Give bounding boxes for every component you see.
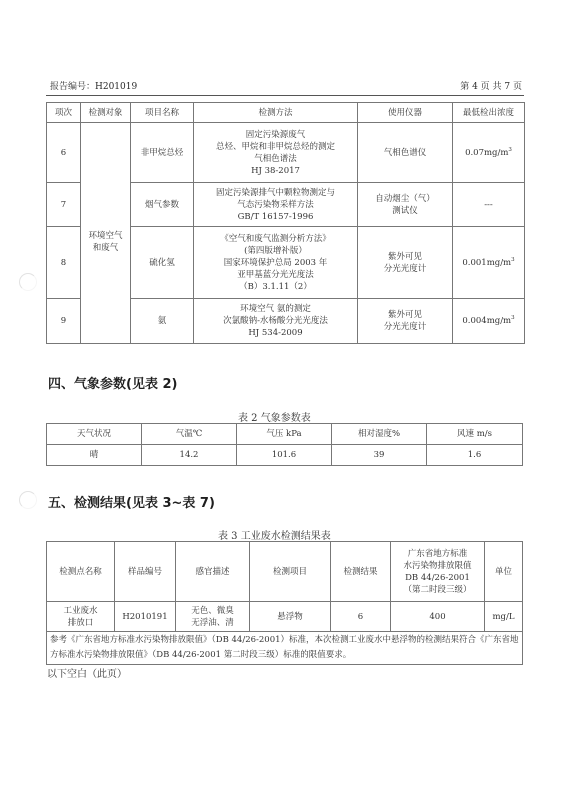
- item-name: 烟气参数: [131, 183, 194, 227]
- method-line: 固定污染源排气中颗粒物测定与: [194, 187, 357, 199]
- method-line: HJ 534-2009: [194, 327, 357, 339]
- limit-value: 0.07mg/m: [465, 148, 508, 158]
- temperature-value: 14.2: [142, 445, 237, 466]
- object-line: 和废气: [81, 242, 130, 254]
- limit-superscript: 3: [511, 257, 515, 263]
- test-result: 6: [331, 602, 391, 632]
- row-no: 6: [47, 123, 81, 183]
- table-header-row: 检测点名称 样品编号 感官描述 检测项目 检测结果 广东省地方标准 水污染物排放…: [47, 542, 523, 602]
- limit-superscript: 3: [511, 315, 515, 321]
- col-header-sample-no: 样品编号: [115, 542, 176, 602]
- limit-value: 0.001mg/m: [462, 258, 511, 268]
- header-line: 广东省地方标准: [391, 548, 484, 560]
- table-row: 6 环境空气 和废气 非甲烷总烃 固定污染源废气 总烃、甲烷和非甲烷总烃的测定 …: [47, 123, 525, 183]
- method-line: 国家环境保护总局 2003 年: [194, 257, 357, 269]
- item-name: 非甲烷总烃: [131, 123, 194, 183]
- header-line: 水污染物排放限值: [391, 560, 484, 572]
- col-header-method: 检测方法: [194, 103, 358, 123]
- col-header-description: 感官描述: [176, 542, 250, 602]
- row-no: 8: [47, 227, 81, 299]
- instrument-line: 自动烟尘（气）: [358, 193, 452, 205]
- method-cell: 固定污染源排气中颗粒物测定与 气态污染物采样方法 GB/T 16157-1996: [194, 183, 358, 227]
- instrument-line: 气相色谱仪: [358, 147, 452, 159]
- conclusion-note: 参考《广东省地方标准水污染物排放限值》（DB 44/26-2001）标准，本次检…: [47, 632, 523, 665]
- unit: mg/L: [485, 602, 523, 632]
- limit-cell: 0.001mg/m3: [453, 227, 525, 299]
- method-cell: 固定污染源废气 总烃、甲烷和非甲烷总烃的测定 气相色谱法 HJ 38-2017: [194, 123, 358, 183]
- col-header-limit: 最低检出浓度: [453, 103, 525, 123]
- method-line: 环境空气 氨的测定: [194, 303, 357, 315]
- col-header-item: 项目名称: [131, 103, 194, 123]
- note-row: 参考《广东省地方标准水污染物排放限值》（DB 44/26-2001）标准，本次检…: [47, 632, 523, 665]
- point-line: 工业废水: [47, 605, 114, 617]
- standard-limit: 400: [391, 602, 485, 632]
- method-line: 次氯酸钠-水杨酸分光光度法: [194, 315, 357, 327]
- table-row: 晴 14.2 101.6 39 1.6: [47, 445, 523, 466]
- method-line: HJ 38-2017: [194, 165, 357, 177]
- binding-hole-mark: [19, 273, 37, 291]
- method-cell: 《空气和废气监测分析方法》 (第四版增补版） 国家环境保护总局 2003 年 亚…: [194, 227, 358, 299]
- sensory-description: 无色、微臭 无浮油、清: [176, 602, 250, 632]
- instrument-cell: 自动烟尘（气） 测试仪: [358, 183, 453, 227]
- header-line: DB 44/26-2001: [391, 572, 484, 584]
- method-cell: 环境空气 氨的测定 次氯酸钠-水杨酸分光光度法 HJ 534-2009: [194, 299, 358, 344]
- limit-cell: 0.004mg/m3: [453, 299, 525, 344]
- limit-value: 0.004mg/m: [462, 316, 511, 326]
- weather-value: 晴: [47, 445, 142, 466]
- limit-cell: ---: [453, 183, 525, 227]
- detection-object: 环境空气 和废气: [81, 123, 131, 344]
- method-line: 固定污染源废气: [194, 129, 357, 141]
- col-header-point: 检测点名称: [47, 542, 115, 602]
- limit-superscript: 3: [508, 147, 512, 153]
- method-line: 总烃、甲烷和非甲烷总烃的测定: [194, 141, 357, 153]
- description-line: 无浮油、清: [176, 617, 249, 629]
- point-line: 排放口: [47, 617, 114, 629]
- wastewater-results-table: 检测点名称 样品编号 感官描述 检测项目 检测结果 广东省地方标准 水污染物排放…: [46, 541, 523, 665]
- table-header-row: 天气状况 气温℃ 气压 kPa 相对湿度% 风速 m/s: [47, 424, 523, 445]
- col-header-instrument: 使用仪器: [358, 103, 453, 123]
- col-header-humidity: 相对湿度%: [332, 424, 427, 445]
- method-line: （B）3.1.11（2）: [194, 281, 357, 293]
- method-line: 亚甲基蓝分光光度法: [194, 269, 357, 281]
- pressure-value: 101.6: [237, 445, 332, 466]
- blank-page-note: 以下空白（此页）: [47, 665, 127, 680]
- limit-cell: 0.07mg/m3: [453, 123, 525, 183]
- table2-caption: 表 2 气象参数表: [238, 409, 311, 424]
- method-line: 气态污染物采样方法: [194, 199, 357, 211]
- col-header-no: 项次: [47, 103, 81, 123]
- sample-number: H2010191: [115, 602, 176, 632]
- col-header-object: 检测对象: [81, 103, 131, 123]
- col-header-standard-limit: 广东省地方标准 水污染物排放限值 DB 44/26-2001 （第二时段三级）: [391, 542, 485, 602]
- method-line: (第四版增补版）: [194, 245, 357, 257]
- table-row: 工业废水 排放口 H2010191 无色、微臭 无浮油、清 悬浮物 6 400 …: [47, 602, 523, 632]
- report-number: 报告编号：H201019: [50, 79, 137, 92]
- description-line: 无色、微臭: [176, 605, 249, 617]
- section-title-results: 五、检测结果(见表 3~表 7): [48, 492, 215, 511]
- item-name: 硫化氢: [131, 227, 194, 299]
- row-no: 7: [47, 183, 81, 227]
- weather-table: 天气状况 气温℃ 气压 kPa 相对湿度% 风速 m/s 晴 14.2 101.…: [46, 423, 523, 466]
- humidity-value: 39: [332, 445, 427, 466]
- section-title-weather: 四、气象参数(见表 2): [48, 373, 177, 392]
- instrument-cell: 紫外可见 分光光度计: [358, 299, 453, 344]
- item-name: 氨: [131, 299, 194, 344]
- methods-table: 项次 检测对象 项目名称 检测方法 使用仪器 最低检出浓度 6 环境空气 和废气…: [46, 102, 525, 344]
- instrument-line: 紫外可见: [358, 309, 452, 321]
- method-line: 《空气和废气监测分析方法》: [194, 233, 357, 245]
- instrument-line: 紫外可见: [358, 251, 452, 263]
- col-header-unit: 单位: [485, 542, 523, 602]
- binding-hole-mark: [19, 491, 37, 509]
- wind-value: 1.6: [427, 445, 523, 466]
- method-line: GB/T 16157-1996: [194, 211, 357, 223]
- instrument-cell: 紫外可见 分光光度计: [358, 227, 453, 299]
- table3-caption: 表 3 工业废水检测结果表: [218, 527, 331, 542]
- object-line: 环境空气: [81, 230, 130, 242]
- header-divider: [46, 95, 524, 96]
- instrument-line: 分光光度计: [358, 321, 452, 333]
- col-header-temperature: 气温℃: [142, 424, 237, 445]
- limit-value: ---: [484, 200, 493, 210]
- instrument-cell: 气相色谱仪: [358, 123, 453, 183]
- col-header-wind: 风速 m/s: [427, 424, 523, 445]
- row-no: 9: [47, 299, 81, 344]
- col-header-pressure: 气压 kPa: [237, 424, 332, 445]
- col-header-result: 检测结果: [331, 542, 391, 602]
- col-header-weather: 天气状况: [47, 424, 142, 445]
- table-header-row: 项次 检测对象 项目名称 检测方法 使用仪器 最低检出浓度: [47, 103, 525, 123]
- page-number: 第 4 页 共 7 页: [460, 79, 522, 92]
- test-item: 悬浮物: [250, 602, 331, 632]
- col-header-item: 检测项目: [250, 542, 331, 602]
- sampling-point: 工业废水 排放口: [47, 602, 115, 632]
- method-line: 气相色谱法: [194, 153, 357, 165]
- instrument-line: 分光光度计: [358, 263, 452, 275]
- header-line: （第二时段三级）: [391, 584, 484, 596]
- instrument-line: 测试仪: [358, 205, 452, 217]
